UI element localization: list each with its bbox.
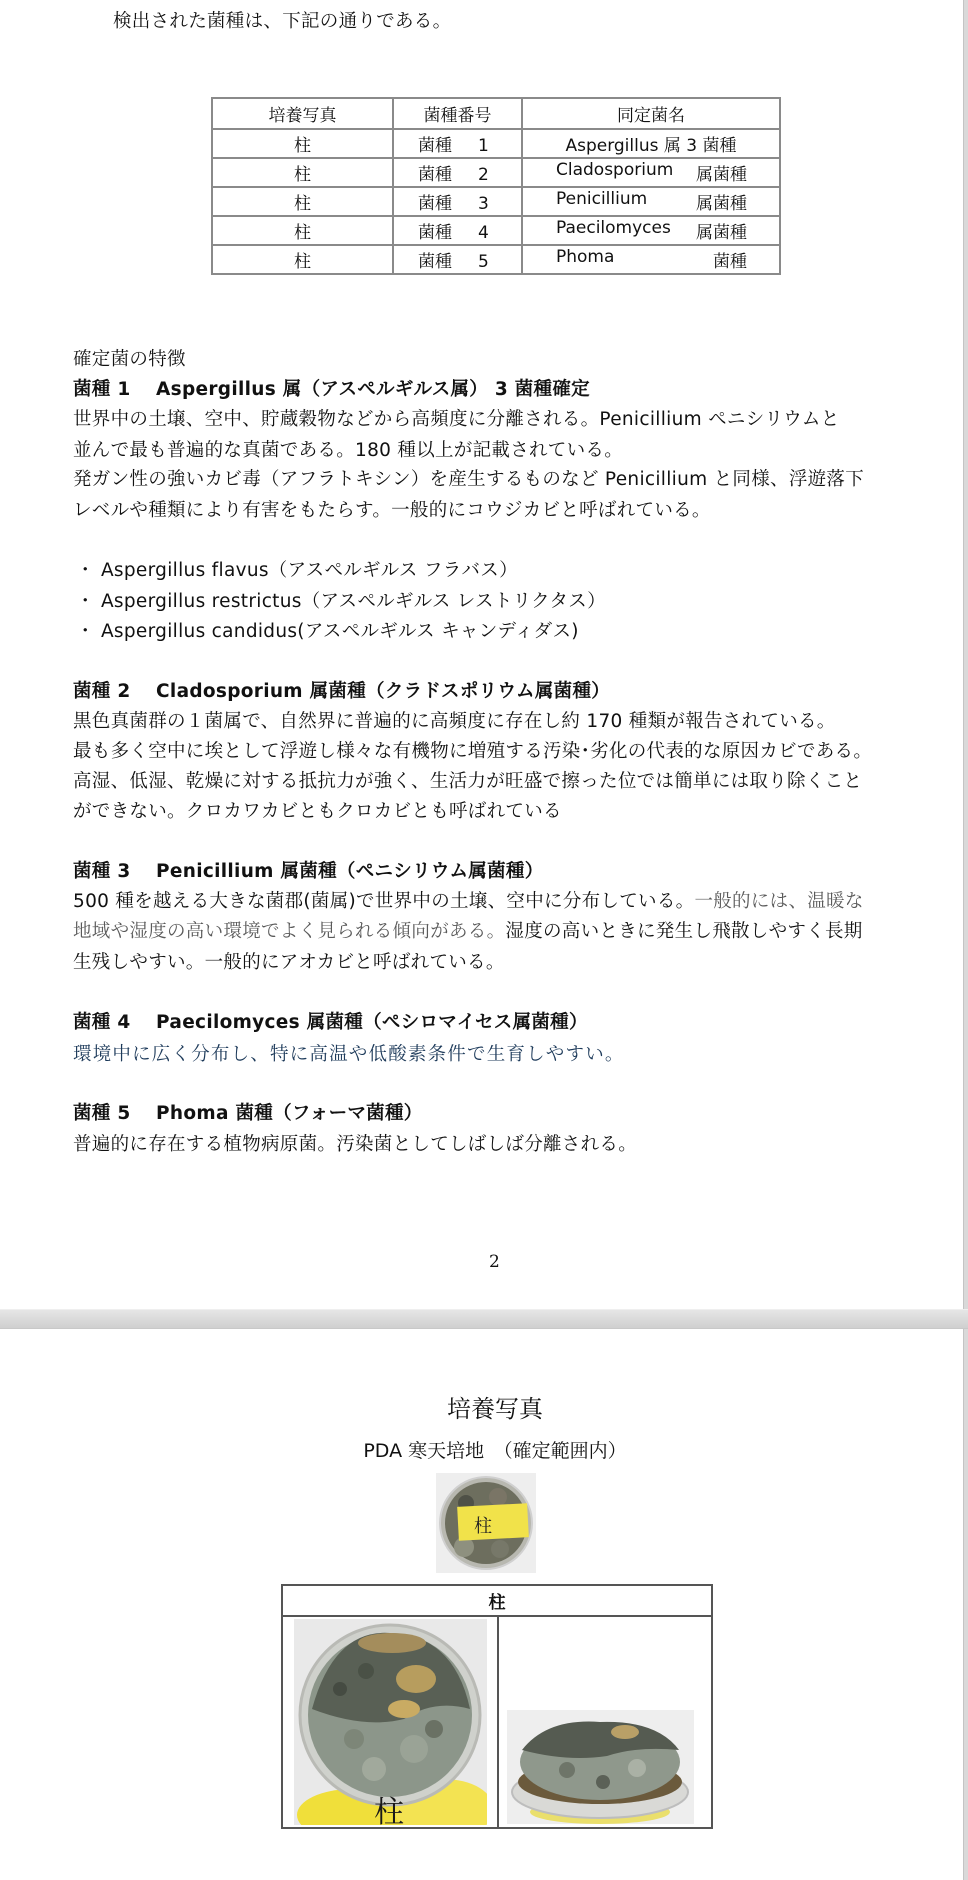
species-label: 菌種: [418, 252, 452, 272]
species-3-heading: 菌種 3 Penicillium 属菌種（ペニシリウム属菌種）: [73, 860, 544, 884]
species-5-heading: 菌種 5 Phoma 菌種（フォーマ菌種）: [73, 1102, 423, 1126]
species-3-line: 500 種を越える大きな菌郡(菌属)で世界中の土壌、空中に分布している。一般的に…: [73, 890, 864, 914]
species-label: 菌種: [418, 223, 452, 243]
genus-name: Penicillium: [556, 189, 647, 214]
species-1-line: 世界中の土壌、空中、貯蔵穀物などから高頻度に分離される。Penicillium …: [73, 408, 840, 432]
culture-thumbnail-photo: 柱: [436, 1473, 536, 1573]
petri-dish-icon: 柱: [436, 1473, 536, 1573]
genus-name: Cladosporium: [556, 160, 673, 185]
species-1-heading: 菌種 1 Aspergillus 属（アスペルギルス属） 3 菌種確定: [73, 378, 590, 402]
cell-photo: 柱: [212, 245, 393, 274]
culture-photo-side-view: [507, 1710, 694, 1824]
header-species-number: 菌種番号: [393, 98, 522, 129]
species-1-line: 並んで最も普遍的な真菌である。180 種以上が記載されている。: [73, 439, 623, 463]
species-number: 5: [478, 252, 489, 272]
genus-suffix: 属菌種: [696, 160, 747, 185]
table-header-row: 培養写真 菌種番号 同定菌名: [212, 98, 780, 129]
cell-photo: 柱: [212, 129, 393, 158]
genus-suffix: 属菌種: [696, 218, 747, 243]
page-number: 2: [489, 1252, 500, 1272]
cell-species-number: 菌種2: [393, 158, 522, 187]
cell-identified-name: Aspergillus 属 3 菌種: [522, 129, 780, 158]
photo-cell-top-view: 柱: [282, 1616, 498, 1828]
species-number: 1: [478, 136, 489, 156]
species-label: 菌種: [418, 136, 452, 156]
cell-species-number: 菌種5: [393, 245, 522, 274]
table-row: 柱 菌種4 Paecilomyces属菌種: [212, 216, 780, 245]
species-4-line: 環境中に広く分布し、特に高温や低酸素条件で生育しやすい。: [73, 1043, 625, 1067]
species-4-heading: 菌種 4 Paecilomyces 属菌種（ペシロマイセス属菌種）: [73, 1011, 588, 1035]
species-number: 4: [478, 223, 489, 243]
cell-identified-name: Cladosporium属菌種: [522, 158, 780, 187]
bullet-item: ・ Aspergillus candidus(アスペルギルス キャンディダス): [76, 620, 579, 644]
photo-cell-side-view: [498, 1616, 712, 1828]
svg-text:柱: 柱: [374, 1795, 404, 1825]
species-2-line: ができない。クロカワカビともクロカビとも呼ばれている: [73, 800, 562, 824]
page2-subtitle: PDA 寒天培地 （確定範囲内）: [0, 1436, 968, 1463]
bullet-item: ・ Aspergillus flavus（アスペルギルス フラバス）: [76, 559, 518, 583]
bullet-item: ・ Aspergillus restrictus（アスペルギルス レストリクタス…: [76, 590, 606, 614]
species-3-line: 生残しやすい。一般的にアオカビと呼ばれている。: [73, 951, 505, 975]
cell-species-number: 菌種1: [393, 129, 522, 158]
cell-identified-name: Phoma菌種: [522, 245, 780, 274]
text-dark: 500 種を越える大きな菌郡(菌属)で世界中の土壌、空中に分布している。: [73, 891, 694, 912]
page2-title: 培養写真: [0, 1389, 968, 1424]
culture-photo-table: 柱: [281, 1584, 713, 1829]
table-row: 柱 菌種1 Aspergillus 属 3 菌種: [212, 129, 780, 158]
header-culture-photo: 培養写真: [212, 98, 393, 129]
species-1-line: レベルや種類により有害をもたらす。一般的にコウジカビと呼ばれている。: [73, 499, 711, 523]
species-label: 菌種: [418, 194, 452, 214]
cell-photo: 柱: [212, 158, 393, 187]
cell-photo: 柱: [212, 187, 393, 216]
species-2-line: 最も多く空中に埃として浮遊し様々な有機物に増殖する汚染･劣化の代表的な原因カビで…: [73, 740, 872, 764]
species-table: 培養写真 菌種番号 同定菌名 柱 菌種1 Aspergillus 属 3 菌種 …: [211, 97, 781, 275]
species-number: 2: [478, 165, 489, 185]
culture-photo-top-view: 柱: [294, 1619, 487, 1825]
table-row: 柱 菌種2 Cladosporium属菌種: [212, 158, 780, 187]
species-2-line: 黒色真菌群の１菌属で、自然界に普遍的に高頻度に存在し約 170 種類が報告されて…: [73, 710, 836, 734]
species-3-line: 地域や湿度の高い環境でよく見られる傾向がある。湿度の高いときに発生し飛散しやすく…: [73, 920, 863, 944]
text-gray: 一般的には、温暖な: [694, 891, 863, 912]
text-dark: 湿度の高いときに発生し飛散しやすく長期: [505, 921, 862, 942]
species-5-line: 普遍的に存在する植物病原菌。汚染菌としてしばしば分離される。: [73, 1133, 637, 1157]
genus-suffix: 属菌種: [696, 189, 747, 214]
species-2-heading: 菌種 2 Cladosporium 属菌種（クラドスポリウム属菌種）: [73, 680, 610, 704]
section-title: 確定菌の特徴: [73, 348, 186, 372]
intro-text: 検出された菌種は、下記の通りである。: [113, 10, 451, 34]
text-gray: 地域や湿度の高い環境でよく見られる傾向がある。: [73, 921, 505, 942]
cell-photo: 柱: [212, 216, 393, 245]
species-number: 3: [478, 194, 489, 214]
table-row: 柱 菌種5 Phoma菌種: [212, 245, 780, 274]
table-row: 柱 菌種3 Penicillium属菌種: [212, 187, 780, 216]
species-2-line: 高湿、低湿、乾燥に対する抵抗力が強く、生活力が旺盛で擦った位では簡単には取り除く…: [73, 770, 862, 794]
header-identified-name: 同定菌名: [522, 98, 780, 129]
genus-suffix: 菌種: [713, 247, 747, 272]
viewer-right-edge: [963, 0, 968, 1880]
photo-table-header: 柱: [282, 1585, 712, 1616]
species-label: 菌種: [418, 165, 452, 185]
cell-identified-name: Paecilomyces属菌種: [522, 216, 780, 245]
cell-identified-name: Penicillium属菌種: [522, 187, 780, 216]
svg-text:柱: 柱: [474, 1516, 492, 1537]
genus-name: Paecilomyces: [556, 218, 671, 243]
species-1-line: 発ガン性の強いカビ毒（アフラトキシン）を産生するものなど Penicillium…: [73, 468, 864, 492]
page-separator: [0, 1309, 968, 1329]
genus-name: Phoma: [556, 247, 614, 272]
cell-species-number: 菌種3: [393, 187, 522, 216]
cell-species-number: 菌種4: [393, 216, 522, 245]
